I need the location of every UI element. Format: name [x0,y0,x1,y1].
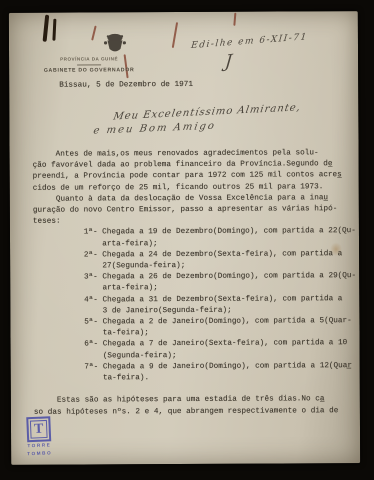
dateline: Bissau, 5 de Dezembro de 1971 [59,81,193,90]
salutation-line-1: Meu Excelentíssimo Almirante, [113,102,302,122]
ink-stroke [52,19,56,41]
archive-stamp: T TORRE TOMBO [16,416,62,458]
salutation-line-2: e meu Bom Amigo [93,121,217,137]
handwritten-flourish: J [224,51,233,72]
coat-of-arms-icon [102,32,128,56]
red-mark [172,22,178,48]
paper-sheet: PROVÍNCIA DA GUINÉ GABINETE DO GOVERNADO… [9,11,360,465]
letterhead-office: GABINETE DO GOVERNADOR [31,67,147,74]
letterhead-rule [77,64,101,65]
stamp-text-line2: TOMBO [18,449,62,457]
red-mark [91,26,96,41]
ink-stroke [43,15,49,42]
scanned-letter-page: PROVÍNCIA DA GUINÉ GABINETE DO GOVERNADO… [0,0,374,480]
stamp-monogram: T [26,416,51,442]
handwritten-note: Edi-lhe em 6-XII-71 [191,32,308,51]
red-mark [233,13,236,26]
letterhead-province: PROVÍNCIA DA GUINÉ [45,56,133,61]
typed-letter-body: Antes de mais,os meus renovados agradeci… [33,148,354,419]
